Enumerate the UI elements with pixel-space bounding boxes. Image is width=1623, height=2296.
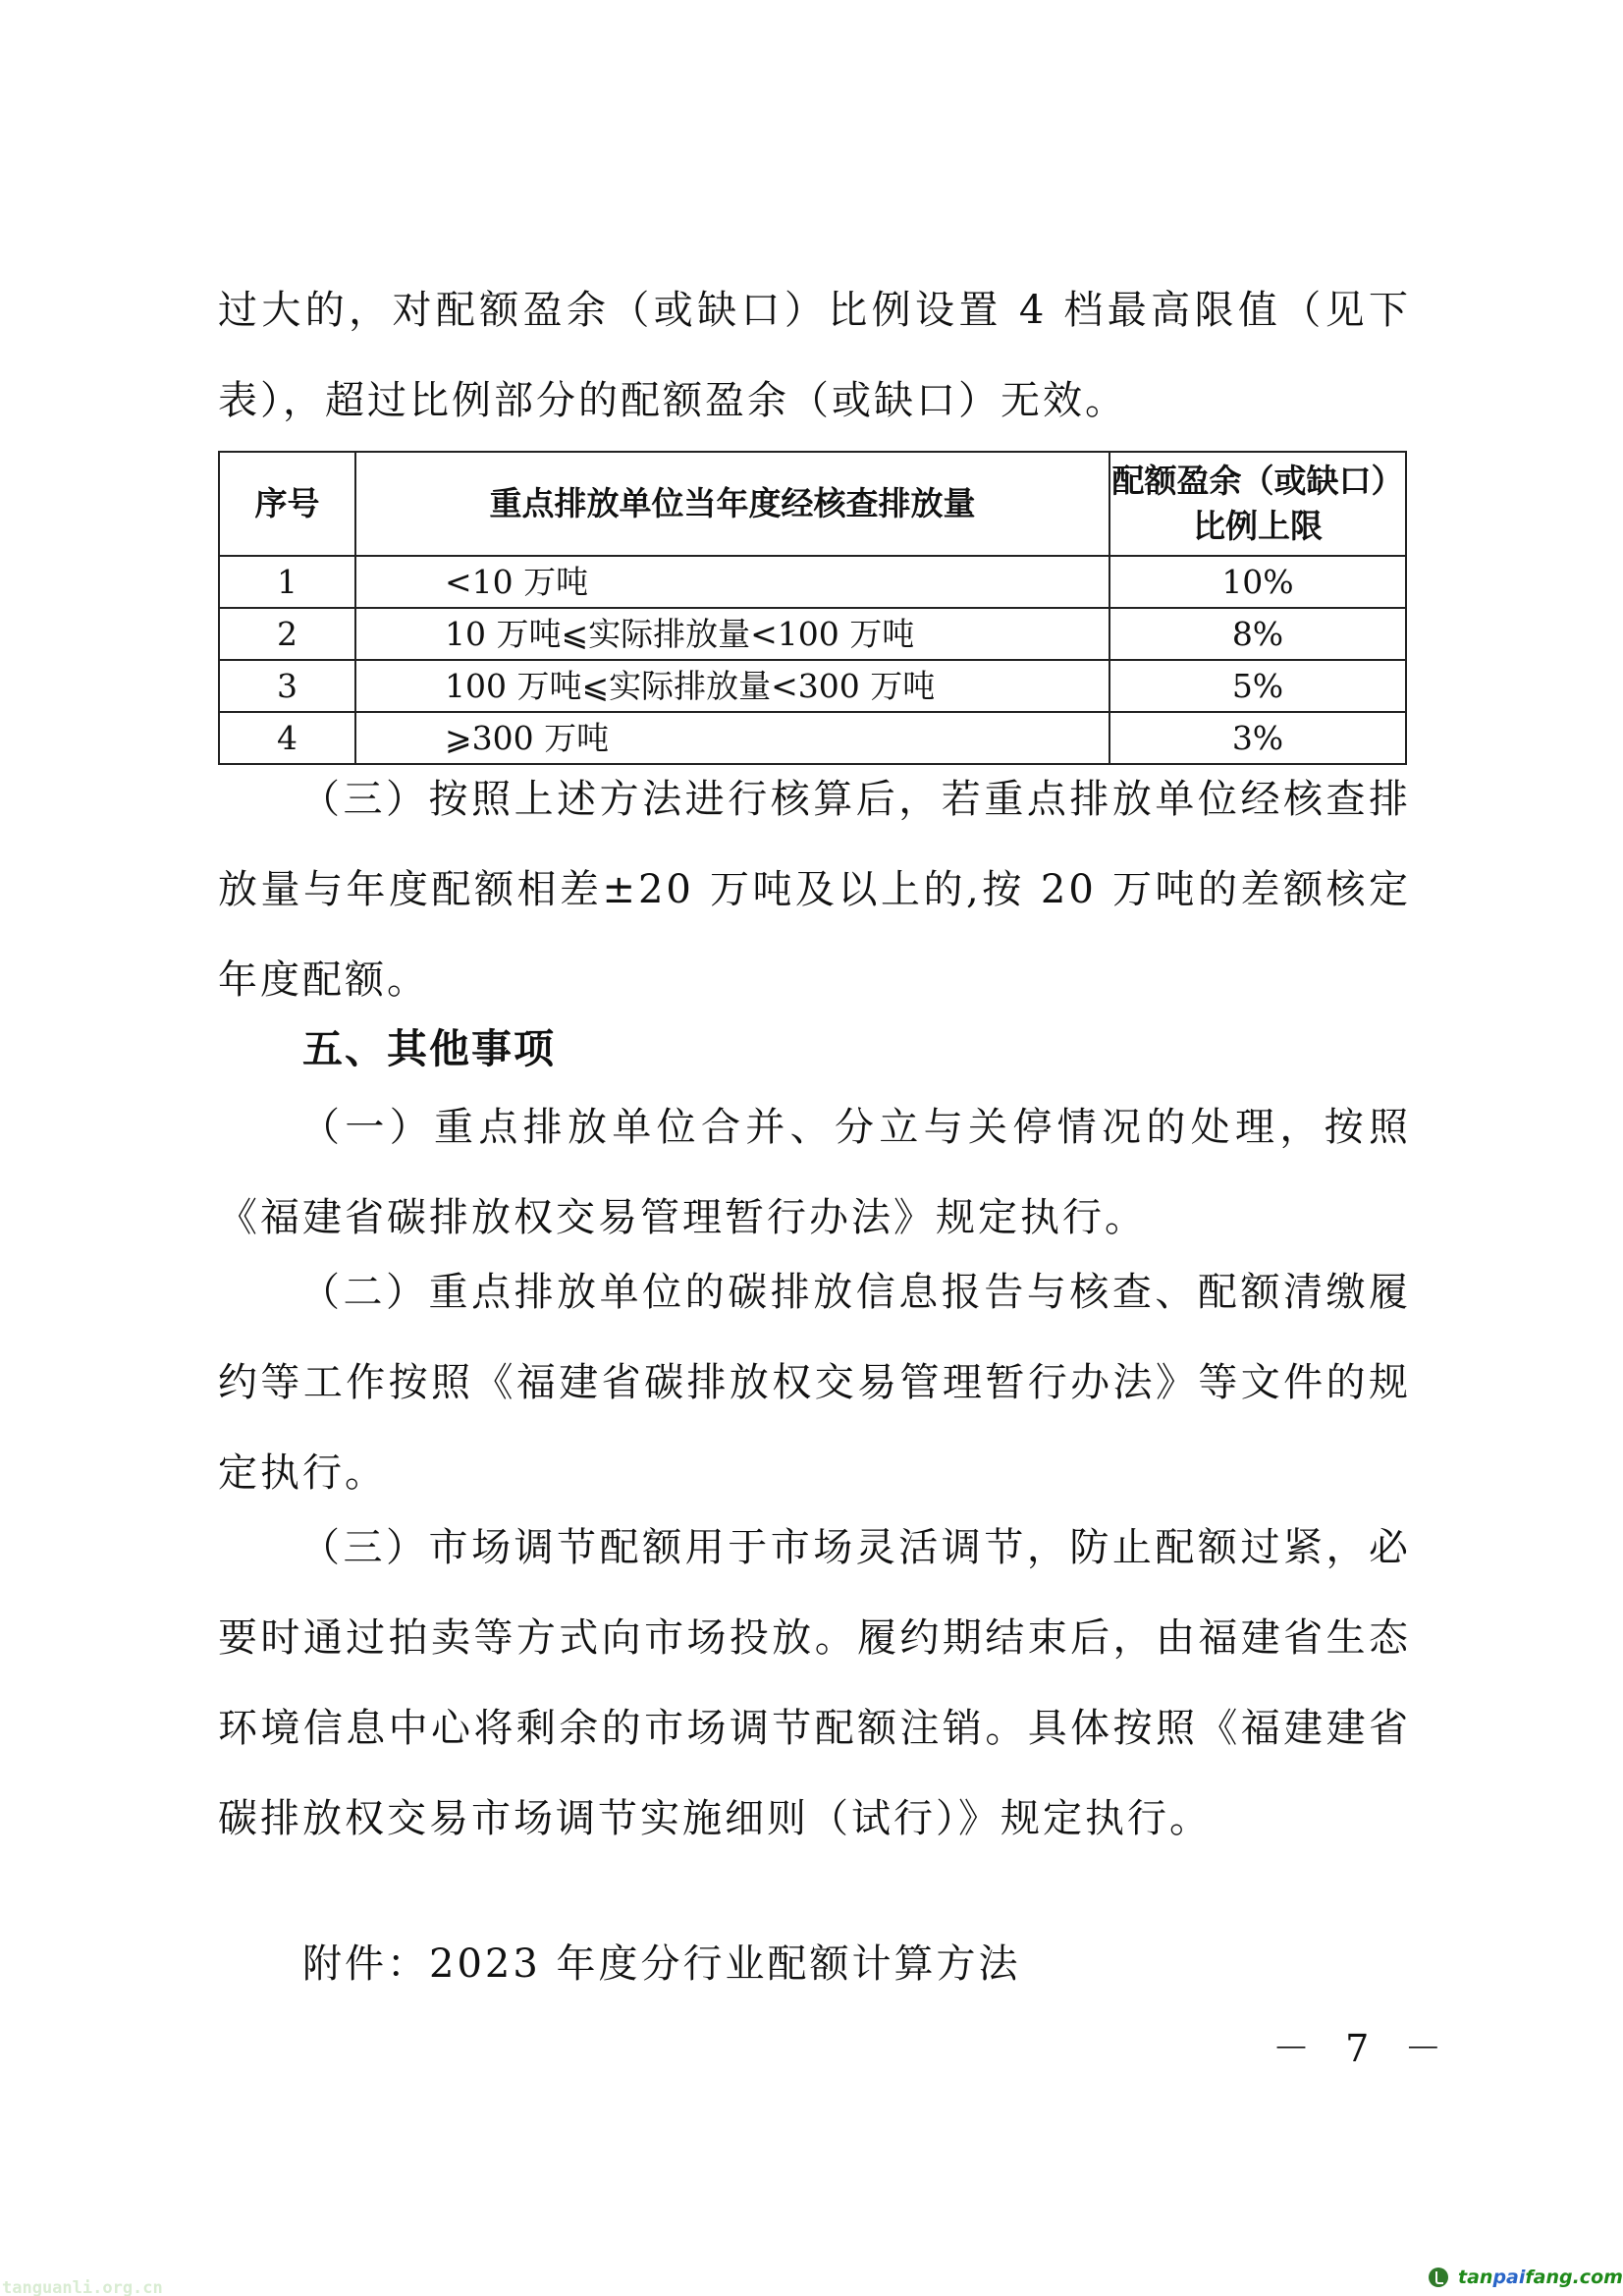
row-range: 100 万吨⩽实际排放量<300 万吨	[355, 660, 1109, 712]
row-limit: 10%	[1109, 556, 1406, 608]
paragraph-yi-merger: （一）重点排放单位合并、分立与关停情况的处理，按照《福建省碳排放权交易管理暂行办…	[218, 1082, 1411, 1263]
watermark-left: tanguanli.org.cn	[2, 2278, 163, 2296]
intro-paragraph: 过大的，对配额盈余（或缺口）比例设置 4 档最高限值（见下表），超过比例部分的配…	[218, 265, 1411, 446]
table-row: 3 100 万吨⩽实际排放量<300 万吨 5%	[219, 660, 1406, 712]
watermark-right: tanpaifang.com	[1429, 2267, 1623, 2288]
row-index: 1	[219, 556, 355, 608]
page-number: － 7 －	[1272, 2018, 1453, 2072]
header-emission-range: 重点排放单位当年度经核查排放量	[355, 452, 1109, 556]
row-limit: 5%	[1109, 660, 1406, 712]
watermark-tan: tan	[1458, 2267, 1492, 2288]
section-heading: 五、其他事项	[302, 1016, 556, 1074]
header-limit-line2: 比例上限	[1110, 504, 1405, 549]
row-index: 3	[219, 660, 355, 712]
row-range: 10 万吨⩽实际排放量<100 万吨	[355, 608, 1109, 660]
table-header-row: 序号 重点排放单位当年度经核查排放量 配额盈余（或缺口） 比例上限	[219, 452, 1406, 556]
watermark-fang: fang.com	[1525, 2267, 1623, 2288]
leaf-logo-icon	[1429, 2268, 1448, 2287]
header-limit-line1: 配额盈余（或缺口）	[1110, 459, 1405, 504]
row-limit: 8%	[1109, 608, 1406, 660]
header-limit: 配额盈余（或缺口） 比例上限	[1109, 452, 1406, 556]
row-index: 2	[219, 608, 355, 660]
attachment-note: 附件：2023 年度分行业配额计算方法	[302, 1933, 1021, 1989]
quota-limit-table: 序号 重点排放单位当年度经核查排放量 配额盈余（或缺口） 比例上限 1 <10 …	[218, 451, 1407, 765]
paragraph-san-market-adjustment: （三）市场调节配额用于市场灵活调节，防止配额过紧，必要时通过拍卖等方式向市场投放…	[218, 1503, 1411, 1864]
watermark-right-text: tanpaifang.com	[1458, 2267, 1623, 2288]
watermark-pai: pai	[1492, 2267, 1525, 2288]
table-row: 2 10 万吨⩽实际排放量<100 万吨 8%	[219, 608, 1406, 660]
table-row: 1 <10 万吨 10%	[219, 556, 1406, 608]
paragraph-er-reporting: （二）重点排放单位的碳排放信息报告与核查、配额清缴履约等工作按照《福建省碳排放权…	[218, 1247, 1411, 1518]
paragraph-san-verification: （三）按照上述方法进行核算后，若重点排放单位经核查排放量与年度配额相差±20 万…	[218, 754, 1411, 1025]
row-range: <10 万吨	[355, 556, 1109, 608]
header-index: 序号	[219, 452, 355, 556]
